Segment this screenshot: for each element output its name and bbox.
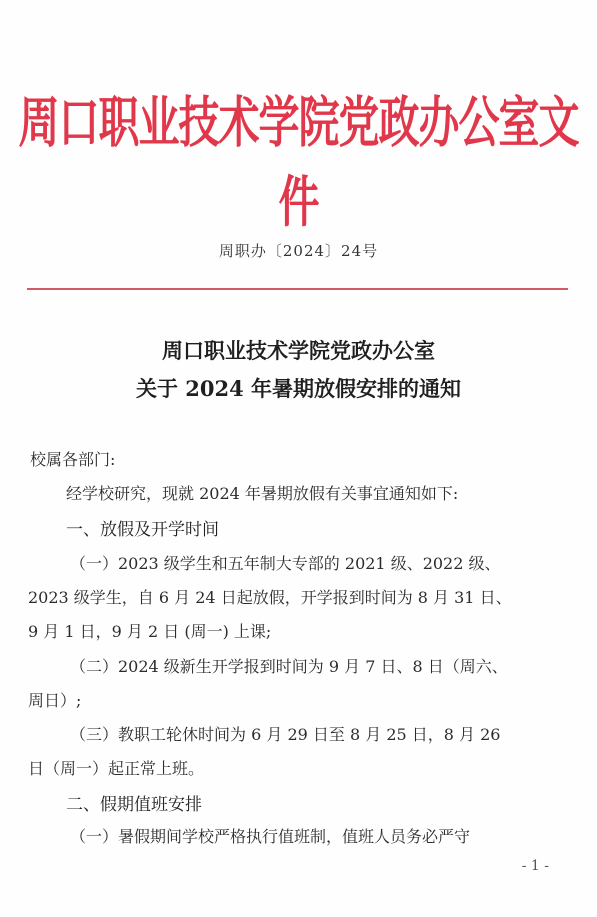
document-masthead: 周口职业技术学院党政办公室文件 xyxy=(0,78,597,237)
section2-heading: 二、假期值班安排 xyxy=(66,790,202,815)
section1-item1-line2: 2023 级学生，自 6 月 24 日起放假，开学报到时间为 8 月 31 日、 xyxy=(28,585,512,608)
notice-title-line2: 关于 2024 年暑期放假安排的通知 xyxy=(0,373,597,403)
section1-item1-line1: （一）2023 级学生和五年制大专部的 2021 级、2022 级、 xyxy=(70,551,501,574)
document-number: 周职办〔2024〕24号 xyxy=(0,240,597,261)
page-number: - 1 - xyxy=(522,858,549,874)
red-divider-line xyxy=(27,288,568,290)
section1-item1-line3: 9 月 1 日，9 月 2 日 (周一) 上课; xyxy=(28,619,271,642)
section1-item2-line2: 周日）; xyxy=(28,688,81,711)
intro-paragraph: 经学校研究，现就 2024 年暑期放假有关事宜通知如下: xyxy=(66,481,458,504)
salutation: 校属各部门: xyxy=(30,447,115,470)
notice-title-line1: 周口职业技术学院党政办公室 xyxy=(0,335,597,365)
section1-item3-line1: （三）教职工轮休时间为 6 月 29 日至 8 月 25 日，8 月 26 xyxy=(70,722,500,745)
section1-item2-line1: （二）2024 级新生开学报到时间为 9 月 7 日、8 日（周六、 xyxy=(70,654,508,677)
section2-item1-line1: （一）暑假期间学校严格执行值班制，值班人员务必严守 xyxy=(70,824,470,847)
section1-heading: 一、放假及开学时间 xyxy=(66,515,219,540)
section1-item3-line2: 日（周一）起正常上班。 xyxy=(28,756,204,779)
